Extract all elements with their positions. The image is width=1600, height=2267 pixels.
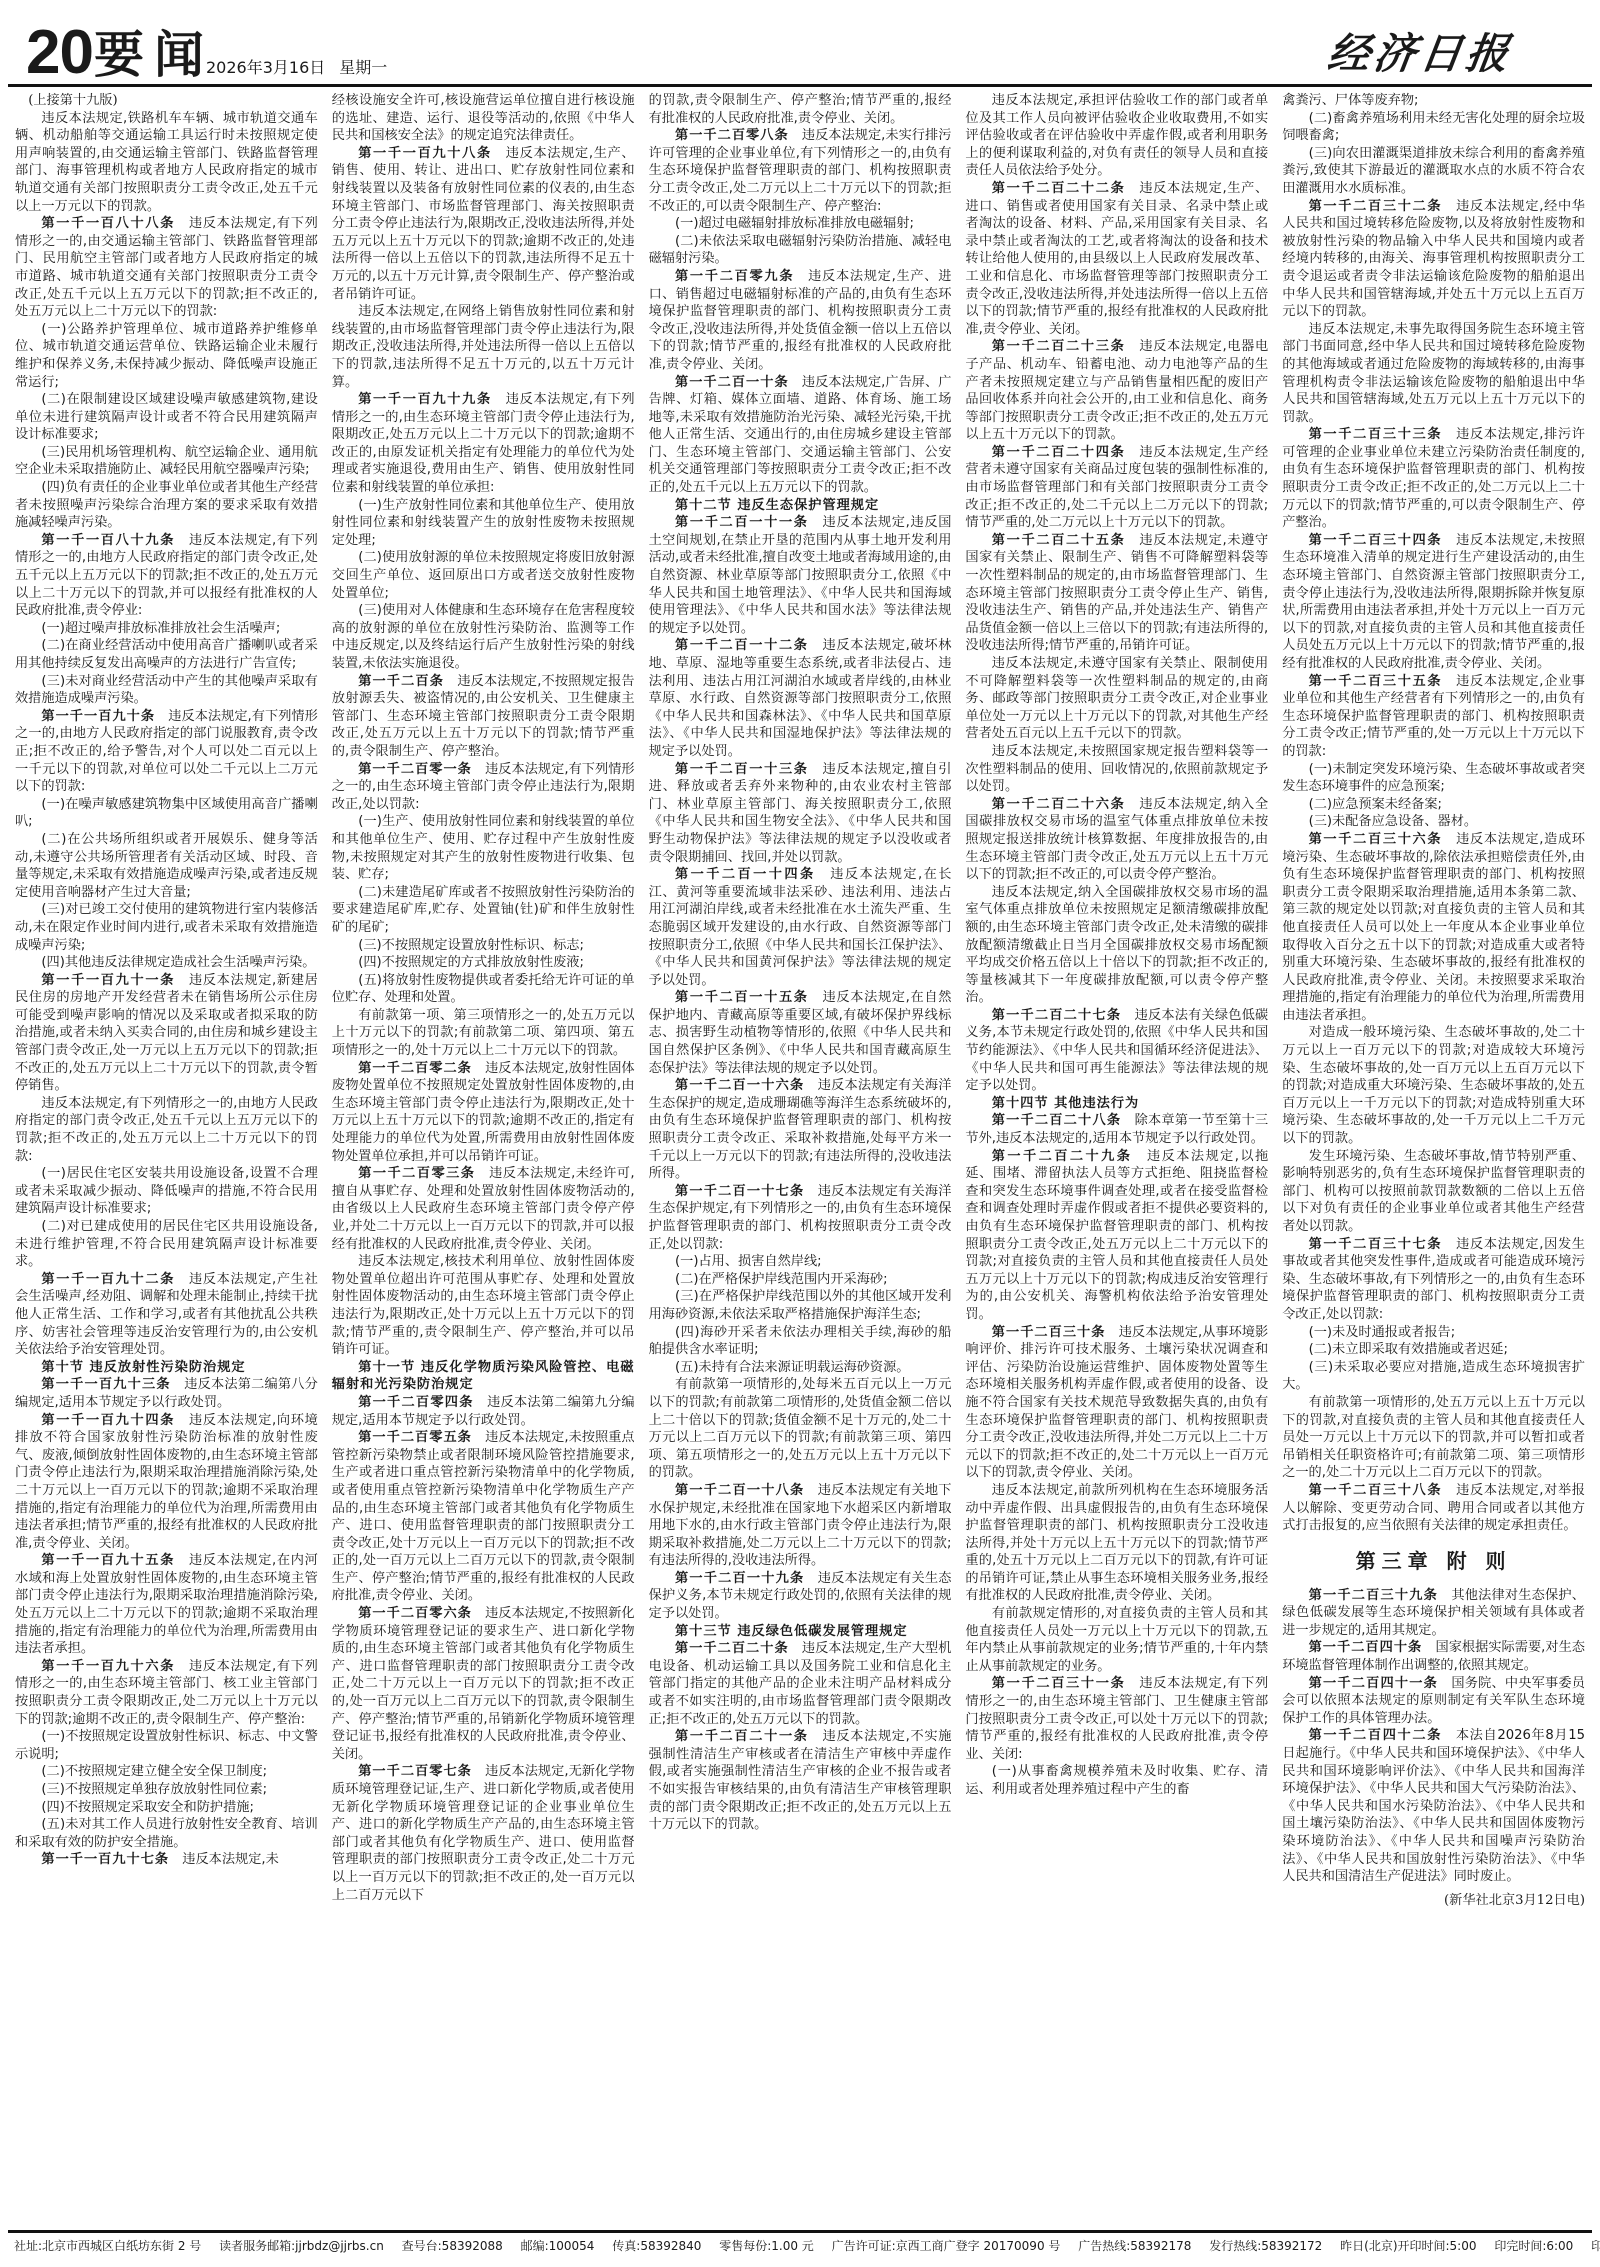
article-number: 第一千二百零五条 <box>358 1430 472 1445</box>
article-text: 违反本法规定,有下列情形之一的,由交通运输主管部门、铁路监督管理部门、民用航空主… <box>15 216 318 319</box>
article-text: 违反本法规定,有下列情形之一的,由生态环境主管部门责令停止违法行为,限期改正,处… <box>332 392 635 495</box>
body-paragraph: (五)未对其工作人员进行放射性安全教育、培训和采取有效的防护安全措施。 <box>15 1816 318 1851</box>
article-number: 第一千二百零九条 <box>675 269 794 284</box>
article-text: 违反本法规定,向环境排放不符合国家放射性污染防治标准的放射性废气、废液,倾倒放射… <box>15 1413 318 1551</box>
article-paragraph: 第一千二百零七条 违反本法规定,无新化学物质环境管理登记证,生产、进口新化学物质… <box>332 1763 635 1904</box>
article-paragraph: 第一千二百二十八条 除本章第一节至第十三节外,违反本法规定的,适用本节规定予以行… <box>965 1112 1268 1147</box>
article-paragraph: 第一千二百三十条 违反本法规定,从事环境影响评价、排污许可技术服务、土壤污染状况… <box>965 1324 1268 1482</box>
article-text: 违反本法规定,生产、销售、使用、转让、进出口、贮存放射性同位素和射线装置以及装备… <box>332 146 635 302</box>
section-heading: 第十节 违反放射性污染防治规定 <box>15 1359 318 1377</box>
body-paragraph: 有前款第一项情形的,处每米五百元以上一万元以下的罚款;有前款第二项情形的,处货值… <box>649 1376 952 1482</box>
article-text: 违反本法规定,放射性固体废物处置单位不按照规定处置放射性固体废物的,由生态环境主… <box>332 1061 635 1164</box>
article-paragraph: 第一千一百九十条 违反本法规定,有下列情形之一的,由地方人民政府指定的部门说服教… <box>15 708 318 796</box>
footer-print-start: 昨日(北京)开印时间:5:00 <box>1340 2239 1476 2253</box>
continued-from-note: (上接第十九版) <box>15 92 318 110</box>
column-2: 经核设施安全许可,核设施营运单位擅自进行核设施的选址、建造、运行、退役等活动的,… <box>325 92 642 2210</box>
article-text: 违反本法规定,生产、进口、销售超过电磁辐射标准的产品的,由负有生态环境保护监督管… <box>649 269 952 372</box>
section-heading: 第十二节 违反生态保护管理规定 <box>649 497 952 515</box>
continued-paragraph: 禽粪污、尸体等废弃物; <box>1282 92 1585 110</box>
body-paragraph: (二)使用放射源的单位未按照规定将废旧放射源交回生产单位、返回原出口方或者送交放… <box>332 549 635 602</box>
article-paragraph: 第一千二百三十六条 违反本法规定,造成环境污染、生态破坏事故的,除依法承担赔偿责… <box>1282 831 1585 1025</box>
article-paragraph: 第一千二百一十五条 违反本法规定,在自然保护地内、青藏高原等重要区域,有破坏保护… <box>649 989 952 1077</box>
article-paragraph: 第一千二百一十七条 违反本法规定有关海洋生态保护规定,有下列情形之一的,由负有生… <box>649 1183 952 1253</box>
article-number: 第一千二百一十一条 <box>675 515 809 530</box>
article-paragraph: 第一千一百九十九条 违反本法规定,有下列情形之一的,由生态环境主管部门责令停止违… <box>332 391 635 497</box>
article-paragraph: 第一千二百一十八条 违反本法规定有关地下水保护规定,未经批准在国家地下水超采区内… <box>649 1482 952 1570</box>
newspaper-logo: 经济日报 <box>1324 28 1515 80</box>
footer-directory: 查号台:58392088 <box>402 2239 503 2253</box>
article-number: 第一千二百零二条 <box>358 1061 472 1076</box>
body-paragraph: (一)生产放射性同位素和其他单位生产、使用放射性同位素和射线装置产生的放射性废物… <box>332 497 635 550</box>
article-number: 第一千一百九十七条 <box>41 1852 169 1867</box>
article-paragraph: 第一千二百一十二条 违反本法规定,破坏林地、草原、湿地等重要生态系统,或者非法侵… <box>649 637 952 760</box>
body-paragraph: 发生环境污染、生态破坏事故,情节特别严重、影响特别恶劣的,负有生态环境保护监督管… <box>1282 1148 1585 1236</box>
article-text: 违反本法规定,从事环境影响评价、排污许可技术服务、土壤污染状况调查和评估、污染防… <box>965 1325 1268 1481</box>
chapter-heading: 第三章 附 则 <box>1282 1541 1585 1581</box>
article-number: 第一千二百二十九条 <box>992 1149 1133 1164</box>
article-paragraph: 第一千二百三十三条 违反本法规定,排污许可管理的企业事业单位未建立污染防治责任制… <box>1282 426 1585 532</box>
article-number: 第一千二百二十五条 <box>992 533 1126 548</box>
article-number: 第一千一百九十条 <box>41 709 155 724</box>
continued-paragraph: 经核设施安全许可,核设施营运单位擅自进行核设施的选址、建造、运行、退役等活动的,… <box>332 92 635 145</box>
article-paragraph: 第一千二百三十九条 其他法律对生态保护、绿色低碳发展等生态环境保护相关领域有具体… <box>1282 1587 1585 1640</box>
article-number: 第一千二百一十六条 <box>675 1078 804 1093</box>
body-paragraph: (一)生产、使用放射性同位素和射线装置的单位和其他单位生产、使用、贮存过程中产生… <box>332 813 635 883</box>
article-text: 违反本法规定,未遵守国家有关禁止、限制生产、销售不可降解塑料袋等一次性塑料制品的… <box>965 533 1268 654</box>
article-paragraph: 第一千二百零一条 违反本法规定,有下列情形之一的,由生态环境主管部门责令停止违法… <box>332 761 635 814</box>
article-number: 第一千二百三十六条 <box>1309 832 1443 847</box>
article-paragraph: 第一千二百一十四条 违反本法规定,在长江、黄河等重要流域非法采砂、违法利用、违法… <box>649 866 952 989</box>
article-text: 违反本法规定,擅自引进、释放或者丢弃外来物种的,由农业农村主管部门、林业草原主管… <box>649 762 952 865</box>
article-paragraph: 第一千二百四十条 国家根据实际需要,对生态环境监督管理体制作出调整的,依照其规定… <box>1282 1639 1585 1674</box>
body-paragraph: (三)未配备应急设备、器材。 <box>1282 813 1585 831</box>
body-paragraph: 对造成一般环境污染、生态破坏事故的,处二十万元以上一百万元以下的罚款;对造成较大… <box>1282 1024 1585 1147</box>
article-number: 第一千二百二十二条 <box>992 181 1126 196</box>
article-paragraph: 第一千二百一十六条 违反本法规定有关海洋生态保护的规定,造成珊瑚礁等海洋生态系统… <box>649 1077 952 1183</box>
body-paragraph: (一)不按照规定设置放射性标识、标志、中文警示说明; <box>15 1728 318 1763</box>
page-number: 20 <box>26 22 93 84</box>
body-paragraph: (一)未制定突发环境污染、生态破坏事故或者突发生态环境事件的应急预案; <box>1282 761 1585 796</box>
article-paragraph: 第一千二百零九条 违反本法规定,生产、进口、销售超过电磁辐射标准的产品的,由负有… <box>649 268 952 374</box>
article-text: 违反本法规定,无新化学物质环境管理登记证,生产、进口新化学物质,或者使用无新化学… <box>332 1764 635 1902</box>
body-paragraph: (二)不按照规定建立健全安全保卫制度; <box>15 1763 318 1781</box>
body-paragraph: (三)在严格保护岸线范围以外的其他区域开发利用海砂资源,未依法采取严格措施保护海… <box>649 1288 952 1323</box>
article-paragraph: 第一千一百九十六条 违反本法规定,有下列情形之一的,由生态环境主管部门、核工业主… <box>15 1658 318 1728</box>
footer-reader-email: 读者服务邮箱:jjrbdz@jjrbs.cn <box>219 2239 384 2253</box>
article-paragraph: 第一千二百三十四条 违反本法规定,未按照生态环境准入清单的规定进行生产建设活动的… <box>1282 532 1585 673</box>
article-number: 第一千二百三十三条 <box>1309 427 1443 442</box>
footer-print-end: 印完时间:6:00 <box>1494 2239 1573 2253</box>
issue-date: 2026年3月16日星期一 <box>206 58 387 78</box>
article-number: 第一千二百三十九条 <box>1309 1588 1438 1603</box>
article-paragraph: 第一千二百二十二条 违反本法规定,生产、进口、销售或者使用国家有关目录、名录中禁… <box>965 180 1268 338</box>
article-number: 第一千二百一十条 <box>675 375 789 390</box>
footer-ad-hotline: 广告热线:58392178 <box>1078 2239 1191 2253</box>
body-paragraph: (四)负有责任的企业事业单位或者其他生产经营者未按照噪声污染综合治理方案的要求采… <box>15 479 318 532</box>
article-text: 违反本法规定,经中华人民共和国过境转移危险废物,以及将放射性废物和被放射性污染的… <box>1282 199 1585 320</box>
article-text: 违反本法规定,未 <box>182 1852 279 1867</box>
article-number: 第一千一百九十八条 <box>358 146 492 161</box>
article-paragraph: 第一千二百二十四条 违反本法规定,生产经营者未遵守国家有关商品过度包装的强制性标… <box>965 444 1268 532</box>
column-3: 的罚款,责令限制生产、停产整治;情节严重的,报经有批准权的人民政府批准,责令停业… <box>642 92 959 2210</box>
article-number: 第一千二百二十一条 <box>675 1729 809 1744</box>
article-number: 第一千二百一十二条 <box>675 638 809 653</box>
body-paragraph: 违反本法规定,在网络上销售放射性同位素和射线装置的,由市场监督管理部门责令停止违… <box>332 303 635 391</box>
body-paragraph: (一)从事畜禽规模养殖未及时收集、贮存、清运、利用或者处理养殖过程中产生的畜 <box>965 1763 1268 1798</box>
article-text: 违反本法规定,违反国土空间规划,在禁止开垦的范围内从事土地开发利用活动,或者未经… <box>649 515 952 636</box>
footer-rule <box>8 2230 1592 2233</box>
article-text: 违反本法规定,在内河水域和海上处置放射性固体废物的,由生态环境主管部门责令停止违… <box>15 1553 318 1656</box>
section-heading: 第十三节 违反绿色低碳发展管理规定 <box>649 1623 952 1641</box>
body-paragraph: (三)未对商业经营活动中产生的其他噪声采取有效措施造成噪声污染。 <box>15 673 318 708</box>
body-paragraph: (一)超过电磁辐射排放标准排放电磁辐射; <box>649 215 952 233</box>
body-paragraph: (三)不按照规定设置放射性标识、标志; <box>332 937 635 955</box>
article-paragraph: 第一千二百条 违反本法规定,不按照规定报告放射源丢失、被盗情况的,由公安机关、卫… <box>332 673 635 761</box>
section-heading: 第十四节 其他违法行为 <box>965 1095 1268 1113</box>
article-paragraph: 第一千二百三十一条 违反本法规定,有下列情形之一的,由生态环境主管部门、卫生健康… <box>965 1675 1268 1763</box>
article-number: 第一千一百九十五条 <box>41 1553 175 1568</box>
article-number: 第一千二百零三条 <box>358 1166 475 1181</box>
article-text: 违反本法规定,广告屏、广告牌、灯箱、媒体立面墙、道路、体育场、施工场地等,未采取… <box>649 375 952 496</box>
article-paragraph: 第一千一百九十二条 违反本法规定,产生社会生活噪声,经劝阻、调解和处理未能制止,… <box>15 1271 318 1359</box>
article-number: 第一千二百二十条 <box>675 1641 789 1656</box>
colophon-footer: 社址:北京市西城区白纸坊东街 2 号 读者服务邮箱:jjrbdz@jjrbs.c… <box>14 2238 1600 2254</box>
body-paragraph: (二)对已建成使用的居民住宅区共用设施设备,未进行维护管理,不符合民用建筑隔声设… <box>15 1218 318 1271</box>
article-number: 第一千一百九十九条 <box>358 392 492 407</box>
article-paragraph: 第一千二百二十七条 违反本法有关绿色低碳义务,本节未规定行政处罚的,依照《中华人… <box>965 1007 1268 1095</box>
article-text: 违反本法规定,破坏林地、草原、湿地等重要生态系统,或者非法侵占、违法利用、违法占… <box>649 638 952 759</box>
body-paragraph: (三)使用对人体健康和生态环境存在危害程度较高的放射源的单位在放射性污染防治、监… <box>332 602 635 672</box>
article-number: 第一千二百二十四条 <box>992 445 1126 460</box>
article-number: 第一千二百零七条 <box>358 1764 472 1779</box>
body-paragraph: 违反本法规定,前款所列机构在生态环境服务活动中弄虚作假、出具虚假报告的,由负有生… <box>965 1482 1268 1605</box>
article-paragraph: 第一千二百零八条 违反本法规定,未实行排污许可管理的企业事业单位,有下列情形之一… <box>649 127 952 215</box>
article-paragraph: 第一千二百零六条 违反本法规定,不按照新化学物质环境管理登记证的要求生产、进口新… <box>332 1605 635 1763</box>
article-text: 违反本法规定有关海洋生态保护的规定,造成珊瑚礁等海洋生态系统破坏的,由负有生态环… <box>649 1078 952 1181</box>
article-text: 违反本法规定,在长江、黄河等重要流域非法采砂、违法利用、违法占用江河湖泊岸线,或… <box>649 867 952 988</box>
body-paragraph: (三)未采取必要应对措施,造成生态环境损害扩大。 <box>1282 1359 1585 1394</box>
footer-printer: 印刷: <box>1591 2239 1600 2253</box>
article-paragraph: 第一千二百零二条 违反本法规定,放射性固体废物处置单位不按照规定处置放射性固体废… <box>332 1060 635 1166</box>
article-paragraph: 第一千二百零五条 违反本法规定,未按照重点管控新污染物禁止或者限制环境风险管控措… <box>332 1429 635 1605</box>
article-number: 第一千二百一十八条 <box>675 1483 804 1498</box>
weekday: 星期一 <box>339 58 387 77</box>
article-text: 违反本法规定,未按照生态环境准入清单的规定进行生产建设活动的,由生态环境主管部门… <box>1282 533 1585 671</box>
article-number: 第一千二百三十二条 <box>1309 199 1443 214</box>
body-paragraph: 违反本法规定,未遵守国家有关禁止、限制使用不可降解塑料袋等一次性塑料制品的规定的… <box>965 655 1268 743</box>
article-paragraph: 第一千二百一十三条 违反本法规定,擅自引进、释放或者丢弃外来物种的,由农业农村主… <box>649 761 952 867</box>
article-number: 第一千二百三十五条 <box>1309 674 1443 689</box>
column-5: 禽粪污、尸体等废弃物;(二)畜禽养殖场利用未经无害化处理的厨余垃圾饲喂畜禽;(三… <box>1275 92 1592 2210</box>
body-paragraph: (三)对已竣工交付使用的建筑物进行室内装修活动,未在限定作业时间内进行,或者未采… <box>15 901 318 954</box>
article-paragraph: 第一千一百九十四条 违反本法规定,向环境排放不符合国家放射性污染防治标准的放射性… <box>15 1412 318 1553</box>
body-paragraph: (二)畜禽养殖场利用未经无害化处理的厨余垃圾饲喂畜禽; <box>1282 110 1585 145</box>
footer-fax: 传真:58392840 <box>612 2239 701 2253</box>
body-paragraph: 违反本法规定,未事先取得国务院生态环境主管部门书面同意,经中华人民共和国过境转移… <box>1282 321 1585 427</box>
article-number: 第一千二百二十八条 <box>992 1113 1121 1128</box>
article-paragraph: 第一千二百三十五条 违反本法规定,企业事业单位和其他生产经营者有下列情形之一的,… <box>1282 673 1585 761</box>
article-paragraph: 第一千一百九十七条 违反本法规定,未 <box>15 1851 318 1869</box>
article-paragraph: 第一千二百二十五条 违反本法规定,未遵守国家有关禁止、限制生产、销售不可降解塑料… <box>965 532 1268 655</box>
body-paragraph: (一)公路养护管理单位、城市道路养护维修单位、城市轨道交通运营单位、铁路运输企业… <box>15 321 318 391</box>
article-number: 第一千二百一十五条 <box>675 990 809 1005</box>
article-paragraph: 第一千二百二十九条 违反本法规定,以拖延、围堵、滞留执法人员等方式拒绝、阻挠监督… <box>965 1148 1268 1324</box>
article-paragraph: 第一千二百二十一条 违反本法规定,不实施强制性清洁生产审核或者在清洁生产审核中弄… <box>649 1728 952 1834</box>
column-1: (上接第十九版)违反本法规定,铁路机车车辆、城市轨道交通车辆、机动船舶等交通运输… <box>8 92 325 2210</box>
article-number: 第一千一百九十三条 <box>41 1377 170 1392</box>
body-paragraph: (一)超过噪声排放标准排放社会生活噪声; <box>15 620 318 638</box>
body-paragraph: 违反本法规定,铁路机车车辆、城市轨道交通车辆、机动船舶等交通运输工具运行时未按照… <box>15 110 318 216</box>
article-text: 违反本法规定,以拖延、围堵、滞留执法人员等方式拒绝、阻挠监督检查和突发生态环境事… <box>965 1149 1268 1322</box>
body-paragraph: 有前款第一项情形的,处五万元以上五十万元以下的罚款,对直接负责的主管人员和其他直… <box>1282 1394 1585 1482</box>
body-paragraph: (三)向农田灌溉渠道排放未综合利用的畜禽养殖粪污,致使其下游最近的灌溉取水点的水… <box>1282 145 1585 198</box>
article-number: 第一千二百三十四条 <box>1309 533 1443 548</box>
column-4: 违反本法规定,承担评估验收工作的部门或者单位及其工作人员向被评估验收企业收取费用… <box>958 92 1275 2210</box>
footer-ad-license: 广告许可证:京西工商广登字 20170090 号 <box>832 2239 1061 2253</box>
article-number: 第一千二百条 <box>358 674 444 689</box>
article-number: 第一千二百零六条 <box>358 1606 472 1621</box>
body-paragraph: 有前款规定情形的,对直接负责的主管人员和其他直接责任人员处一万元以上十万元以下的… <box>965 1605 1268 1675</box>
article-number: 第一千二百一十九条 <box>675 1571 804 1586</box>
article-number: 第一千一百九十二条 <box>41 1272 175 1287</box>
body-paragraph: (四)不按照规定采取安全和防护措施; <box>15 1799 318 1817</box>
article-text: 违反本法规定,造成环境污染、生态破坏事故的,除依法承担赔偿责任外,由负有生态环境… <box>1282 832 1585 1023</box>
article-paragraph: 第一千二百三十八条 违反本法规定,对举报人以解除、变更劳动合同、聘用合同或者以其… <box>1282 1482 1585 1535</box>
section-heading: 第十一节 违反化学物质污染风险管控、电磁辐射和光污染防治规定 <box>332 1359 635 1394</box>
body-paragraph: 违反本法规定,承担评估验收工作的部门或者单位及其工作人员向被评估验收企业收取费用… <box>965 92 1268 180</box>
article-paragraph: 第一千一百九十八条 违反本法规定,生产、销售、使用、转让、进出口、贮存放射性同位… <box>332 145 635 303</box>
footer-retail-price: 零售每份:1.00 元 <box>719 2239 814 2253</box>
dateline: (新华社北京3月12日电) <box>1282 1892 1585 1910</box>
article-paragraph: 第一千二百一十九条 违反本法规定有关生态保护义务,本节未规定行政处罚的,依照有关… <box>649 1570 952 1623</box>
body-paragraph: 有前款第一项、第三项情形之一的,处五万元以上十万元以下的罚款;有前款第二项、第四… <box>332 1007 635 1060</box>
article-columns: (上接第十九版)违反本法规定,铁路机车车辆、城市轨道交通车辆、机动船舶等交通运输… <box>8 92 1592 2210</box>
article-text: 违反本法规定,生产、进口、销售或者使用国家有关目录、名录中禁止或者淘汰的设备、材… <box>965 181 1268 337</box>
article-paragraph: 第一千二百四十二条 本法自2026年8月15日起施行。《中华人民共和国环境保护法… <box>1282 1727 1585 1885</box>
body-paragraph: (二)应急预案未经备案; <box>1282 796 1585 814</box>
article-paragraph: 第一千二百二十条 违反本法规定,生产大型机电设备、机动运输工具以及国务院工业和信… <box>649 1640 952 1728</box>
article-paragraph: 第一千二百三十七条 违反本法规定,因发生事故或者其他突发性事件,造成或者可能造成… <box>1282 1236 1585 1324</box>
article-text: 违反本法规定,新建居民住房的房地产开发经营者未在销售场所公示住房可能受到噪声影响… <box>15 973 318 1094</box>
body-paragraph: (五)未持有合法来源证明载运海砂资源。 <box>649 1359 952 1377</box>
article-paragraph: 第一千一百八十九条 违反本法规定,有下列情形之一的,由地方人民政府指定的部门责令… <box>15 532 318 620</box>
footer-address: 社址:北京市西城区白纸坊东街 2 号 <box>14 2239 201 2253</box>
body-paragraph: (二)在商业经营活动中使用高音广播喇叭或者采用其他持续反复发出高噪声的方法进行广… <box>15 637 318 672</box>
body-paragraph: (二)未立即采取有效措施或者迟延; <box>1282 1341 1585 1359</box>
body-paragraph: (二)未建造尾矿库或者不按照放射性污染防治的要求建造尾矿库,贮存、处置铀(钍)矿… <box>332 884 635 937</box>
section-title: 要闻 <box>94 26 214 84</box>
article-number: 第一千二百二十六条 <box>992 797 1126 812</box>
body-paragraph: (一)居民住宅区安装共用设施设备,设置不合理或者未采取减少振动、降低噪声的措施,… <box>15 1165 318 1218</box>
body-paragraph: (二)未依法采取电磁辐射污染防治措施、减轻电磁辐射污染。 <box>649 233 952 268</box>
footer-distribution-hotline: 发行热线:58392172 <box>1209 2239 1322 2253</box>
body-paragraph: 违反本法规定,未按照国家规定报告塑料袋等一次性塑料制品的使用、回收情况的,依照前… <box>965 743 1268 796</box>
article-number: 第一千一百八十九条 <box>41 533 175 548</box>
body-paragraph: (四)不按照规定的方式排放放射性废液; <box>332 954 635 972</box>
article-paragraph: 第一千二百零四条 违反本法第二编第九分编规定,适用本节规定予以行政处罚。 <box>332 1394 635 1429</box>
article-number: 第一千二百一十七条 <box>675 1184 804 1199</box>
article-number: 第一千二百一十四条 <box>675 867 816 882</box>
footer-postcode: 邮编:100054 <box>521 2239 595 2253</box>
article-paragraph: 第一千二百二十六条 违反本法规定,纳入全国碳排放权交易市场的温室气体重点排放单位… <box>965 796 1268 884</box>
article-number: 第一千二百二十三条 <box>992 339 1126 354</box>
body-paragraph: (二)在限制建设区域建设噪声敏感建筑物,建设单位未进行建筑隔声设计或者不符合民用… <box>15 391 318 444</box>
body-paragraph: (三)不按照规定单独存放放射性同位素; <box>15 1781 318 1799</box>
article-number: 第一千二百四十一条 <box>1309 1676 1438 1691</box>
article-paragraph: 第一千二百一十一条 违反本法规定,违反国土空间规划,在禁止开垦的范围内从事土地开… <box>649 514 952 637</box>
article-paragraph: 第一千一百九十五条 违反本法规定,在内河水域和海上处置放射性固体废物的,由生态环… <box>15 1552 318 1658</box>
body-paragraph: (二)在公共场所组织或者开展娱乐、健身等活动,未遵守公共场所管理者有关活动区域、… <box>15 831 318 901</box>
body-paragraph: (三)民用机场管理机构、航空运输企业、通用航空企业未采取措施防止、减轻民用航空器… <box>15 444 318 479</box>
continued-paragraph: 的罚款,责令限制生产、停产整治;情节严重的,报经有批准权的人民政府批准,责令停业… <box>649 92 952 127</box>
article-text: 违反本法规定,不实施强制性清洁生产审核或者在清洁生产审核中弄虚作假,或者实施强制… <box>649 1729 952 1832</box>
body-paragraph: (五)将放射性废物提供或者委托给无许可证的单位贮存、处理和处置。 <box>332 972 635 1007</box>
article-paragraph: 第一千一百九十三条 违反本法第二编第八分编规定,适用本节规定予以行政处罚。 <box>15 1376 318 1411</box>
article-number: 第一千二百零八条 <box>675 128 789 143</box>
article-number: 第一千二百零四条 <box>358 1395 473 1410</box>
body-paragraph: (一)未及时通报或者报告; <box>1282 1324 1585 1342</box>
body-paragraph: (四)其他违反法律规定造成社会生活噪声污染。 <box>15 954 318 972</box>
article-text: 违反本法规定,不按照新化学物质环境管理登记证的要求生产、进口新化学物质的,由生态… <box>332 1606 635 1762</box>
masthead: 20 要闻 2026年3月16日星期一 经济日报 <box>0 0 1600 90</box>
article-text: 违反本法规定,排污许可管理的企业事业单位未建立污染防治责任制度的,由负有生态环境… <box>1282 427 1585 530</box>
article-paragraph: 第一千二百四十一条 国务院、中央军事委员会可以依照本法规定的原则制定有关军队生态… <box>1282 1675 1585 1728</box>
article-number: 第一千一百九十六条 <box>41 1659 175 1674</box>
header-rule <box>8 84 1592 87</box>
article-number: 第一千二百三十一条 <box>992 1676 1126 1691</box>
body-paragraph: (四)海砂开采者未依法办理相关手续,海砂的船舶提供含水率证明; <box>649 1324 952 1359</box>
article-number: 第一千一百九十一条 <box>41 973 175 988</box>
article-text: 违反本法规定,未按照重点管控新污染物禁止或者限制环境风险管控措施要求,生产或者进… <box>332 1430 635 1603</box>
article-paragraph: 第一千二百一十条 违反本法规定,广告屏、广告牌、灯箱、媒体立面墙、道路、体育场、… <box>649 374 952 497</box>
article-number: 第一千二百三十七条 <box>1309 1237 1443 1252</box>
article-number: 第一千二百三十条 <box>992 1325 1106 1340</box>
article-number: 第一千二百零一条 <box>358 762 472 777</box>
body-paragraph: 违反本法规定,纳入全国碳排放权交易市场的温室气体重点排放单位未按照规定足额清缴碳… <box>965 884 1268 1007</box>
article-paragraph: 第一千二百二十三条 违反本法规定,电器电子产品、机动车、铅蓄电池、动力电池等产品… <box>965 338 1268 444</box>
article-text: 本法自2026年8月15日起施行。《中华人民共和国环境保护法》、《中华人民共和国… <box>1282 1728 1585 1884</box>
article-paragraph: 第一千一百八十八条 违反本法规定,有下列情形之一的,由交通运输主管部门、铁路监督… <box>15 215 318 321</box>
article-number: 第一千二百三十八条 <box>1309 1483 1443 1498</box>
body-paragraph: (一)占用、损害自然岸线; <box>649 1253 952 1271</box>
article-paragraph: 第一千二百零三条 违反本法规定,未经许可,擅自从事贮存、处理和处置放射性固体废物… <box>332 1165 635 1253</box>
article-number: 第一千一百九十四条 <box>41 1413 175 1428</box>
article-paragraph: 第一千一百九十一条 违反本法规定,新建居民住房的房地产开发经营者未在销售场所公示… <box>15 972 318 1095</box>
body-paragraph: (一)在噪声敏感建筑物集中区域使用高音广播喇叭; <box>15 796 318 831</box>
article-number: 第一千二百四十二条 <box>1309 1728 1442 1743</box>
body-paragraph: 违反本法规定,核技术利用单位、放射性固体废物处置单位超出许可范围从事贮存、处理和… <box>332 1253 635 1359</box>
article-number: 第一千二百二十七条 <box>992 1008 1121 1023</box>
article-number: 第一千二百四十条 <box>1309 1640 1423 1655</box>
article-paragraph: 第一千二百三十二条 违反本法规定,经中华人民共和国过境转移危险废物,以及将放射性… <box>1282 198 1585 321</box>
date: 2026年3月16日 <box>206 58 325 77</box>
article-text: 违反本法规定,电器电子产品、机动车、铅蓄电池、动力电池等产品的生产者未按照规定建… <box>965 339 1268 442</box>
article-number: 第一千一百八十八条 <box>41 216 175 231</box>
body-paragraph: 违反本法规定,有下列情形之一的,由地方人民政府指定的部门责令改正,处五千元以上五… <box>15 1095 318 1165</box>
article-number: 第一千二百一十三条 <box>675 762 809 777</box>
body-paragraph: (二)在严格保护岸线范围内开采海砂; <box>649 1271 952 1289</box>
